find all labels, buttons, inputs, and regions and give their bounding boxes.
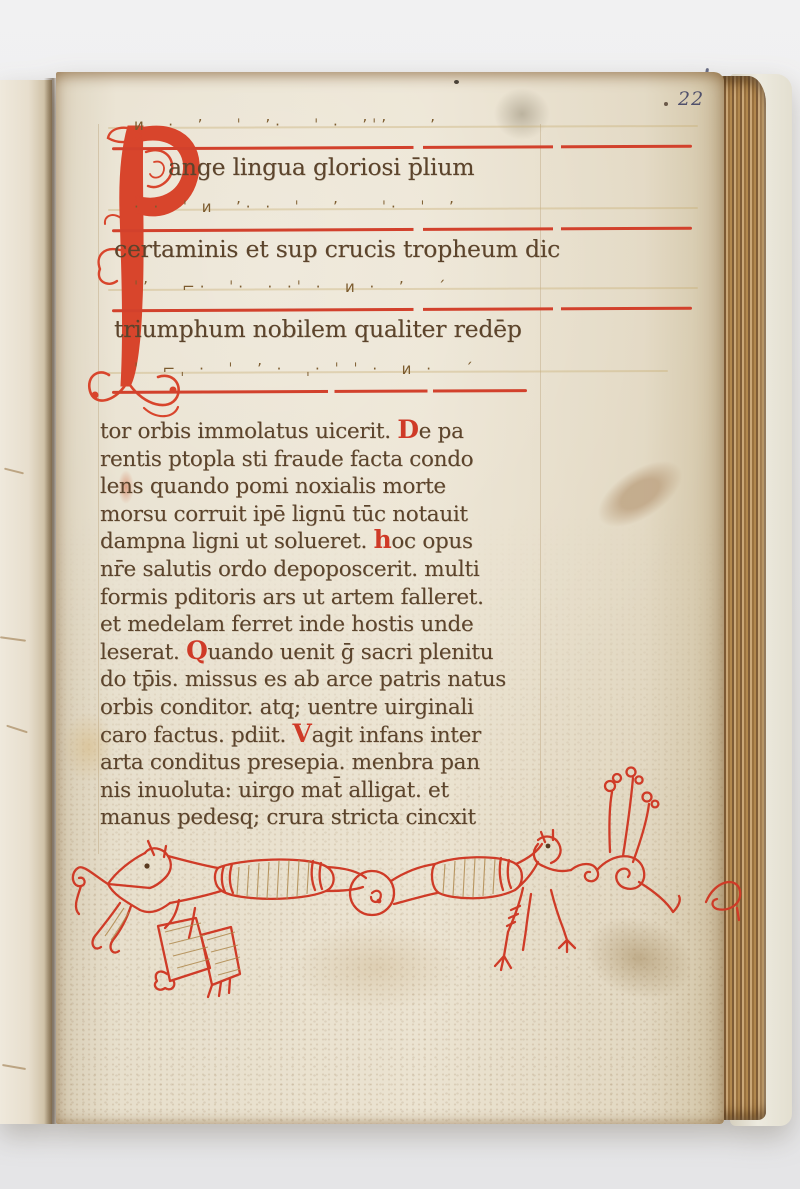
text-line: do tp̄is. missus es ab arce patris natus [100, 666, 560, 694]
text-line: lens quando pomi noxialis morte [100, 473, 560, 501]
text-segment: leserat. [100, 640, 186, 665]
neume-row: ˈ ⌐ˌ · ˈ ʼ · ˌ· ˈ ˈ · ᴎ · ˊ [56, 360, 704, 386]
parchment-flaw [587, 448, 694, 541]
text-segment: e pa [419, 419, 464, 444]
text-segment: agit infans inter [312, 723, 481, 748]
chant-row: ˈʼ ⌐· ˈ· · ·ˈ · ᴎ · ʼ ˊtriumphum nobilem… [56, 278, 704, 343]
text-line: formis pditoris ars ut artem falleret. [100, 584, 560, 612]
neume-row: · · ˈ ᴎ ʼ· · ˈ ʼ ˈ· ˈ ʼ [56, 198, 704, 224]
showthrough-stroke [6, 725, 28, 734]
text-line: leserat. Quando uenit ḡ sacri plenitu [100, 639, 560, 667]
chant-row: · · ˈ ᴎ ʼ· · ˈ ʼ ˈ· ˈ ʼcertaminis et sup… [56, 198, 704, 263]
beast-ornament-drawing [61, 760, 751, 1040]
text-segment: tor orbis immolatus uicerit. [100, 419, 397, 444]
text-segment: et medelam ferret inde hostis unde [100, 612, 473, 637]
recto-page: 22 ᴎ · ʼ ˈ [56, 72, 724, 1124]
text-segment: do tp̄is. missus es ab arce patris natus [100, 667, 506, 692]
neume-row: ˈʼ ⌐· ˈ· · ·ˈ · ᴎ · ʼ ˊ [56, 278, 704, 304]
text-segment: morsu corruit ipē lignū tūc notauit [100, 502, 468, 527]
lyric-line: ange lingua gloriosi p̄lium [168, 153, 704, 181]
neume-row: ᴎ · ʼ ˈ ʼ· ˈ · ʼˈʼ ʼ [56, 116, 704, 142]
text-segment: oc opus [391, 529, 472, 554]
text-line: dampna ligni ut solueret. hoc opus [100, 528, 560, 556]
showthrough-stroke [4, 468, 24, 475]
text-segment: uando uenit ḡ sacri plenitu [208, 640, 494, 665]
red-initial: Q [186, 636, 207, 665]
staff-line [112, 227, 692, 232]
text-line: morsu corruit ipē lignū tūc notauit [100, 501, 560, 529]
red-initial: V [293, 719, 312, 748]
folio-dot [664, 102, 668, 106]
showthrough-stroke [0, 636, 26, 642]
text-line: nr̄e salutis ordo depoposcerit. multi [100, 556, 560, 584]
text-line: caro factus. pdiit. Vagit infans inter [100, 722, 560, 750]
staff-line [112, 145, 692, 150]
text-segment: dampna ligni ut solueret. [100, 529, 374, 554]
text-line: rentis ptopla sti fraude facta condo [100, 446, 560, 474]
lyric-line: triumphum nobilem qualiter redēp [114, 315, 704, 343]
text-segment: caro factus. pdiit. [100, 723, 293, 748]
text-segment: formis pditoris ars ut artem falleret. [100, 585, 484, 610]
folio-number: 22 [678, 88, 704, 110]
lyric-line: certaminis et sup crucis tropheum dic [114, 235, 704, 263]
staff-line [112, 307, 692, 312]
staff-line [112, 389, 527, 393]
speck [454, 80, 459, 84]
text-segment: lens quando pomi noxialis morte [100, 474, 446, 499]
manuscript-photo: 22 ᴎ · ʼ ˈ [0, 0, 800, 1189]
text-line: tor orbis immolatus uicerit. De pa [100, 418, 560, 446]
text-segment: rentis ptopla sti fraude facta condo [100, 447, 473, 472]
red-initial: D [397, 415, 418, 444]
text-segment: orbis conditor. atq; uentre uirginali [100, 695, 474, 720]
text-line: orbis conditor. atq; uentre uirginali [100, 694, 560, 722]
chant-row: ˈ ⌐ˌ · ˈ ʼ · ˌ· ˈ ˈ · ᴎ · ˊ [56, 360, 704, 393]
showthrough-stroke [2, 1064, 26, 1070]
red-initial: h [374, 525, 392, 554]
text-line: et medelam ferret inde hostis unde [100, 611, 560, 639]
open-book: 22 ᴎ · ʼ ˈ [0, 70, 792, 1128]
chant-row: ᴎ · ʼ ˈ ʼ· ˈ · ʼˈʼ ʼange lingua gloriosi… [56, 116, 704, 181]
text-segment: nr̄e salutis ordo depoposcerit. multi [100, 557, 479, 582]
